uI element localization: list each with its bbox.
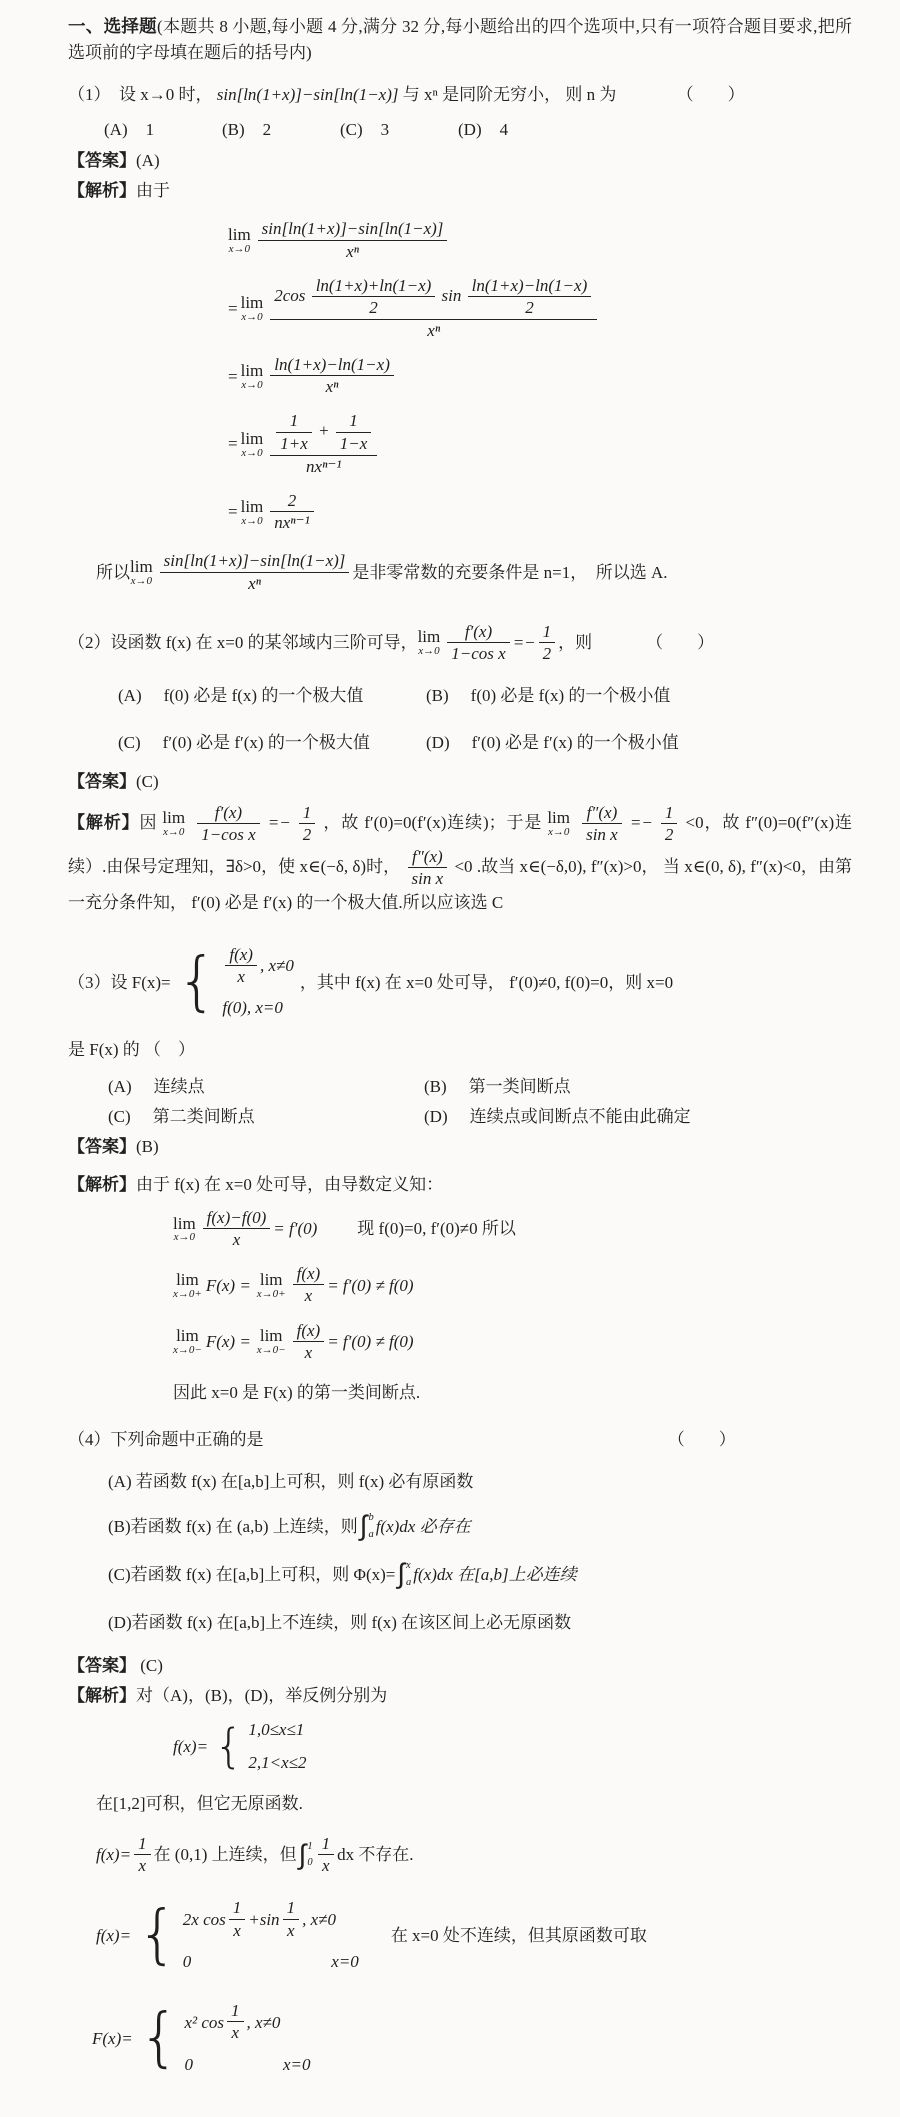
denominator: x [229,1919,246,1942]
denominator: 1−cos x [197,823,259,846]
limit-word: lim [173,1327,202,1345]
numerator: 1 [318,1833,335,1854]
piecewise-row: 2,1<x≤2 [248,1750,306,1776]
condition: , x≠0 [260,953,294,979]
denominator: 2 [312,296,436,319]
analysis-tag: 【解析】 [68,1175,136,1194]
q1-stem: （1） 设 x→0 时， sin[ln(1+x)]−sin[ln(1−x)] 与… [68,82,852,108]
answer-tag: 【答案】 [68,1137,136,1156]
fraction: f′(x)1−cos x [447,621,509,665]
limit: limx→0 [241,294,264,323]
limit-subscript: x→0+ [257,1289,286,1300]
q2-analysis: 【解析】因 limx→0 f′(x)1−cos x =− 12 ，故 f′(0)… [68,802,852,916]
q4-ce3-note: 在 x=0 处不连续，但其原函数可取 [391,1923,647,1949]
q3-stem-pre: （3）设 F(x)= [68,970,171,996]
derivation-line-2: = limx→0 2cos ln(1+x)+ln(1−x)2 sin ln(1+… [228,275,852,342]
q3-derivation: limx→0 f(x)−f(0)x = f′(0) 现 f(0)=0, f′(0… [173,1207,852,1406]
q1-analysis-line: 【解析】由于 [68,179,852,203]
integral-sign: ∫ [397,1560,405,1588]
fraction: ln(1+x)−ln(1−x)xⁿ [270,354,394,398]
q2-option-d: (D)f′(0) 必是 f′(x) 的一个极小值 [426,730,852,756]
condition: , x≠0 [302,1907,336,1933]
term: 2x cos [183,1907,226,1933]
q4-option-b-post: f(x)dx 必存在 [376,1514,471,1540]
fraction: 1x [229,1897,246,1941]
function-name: F(x)= [92,2026,133,2052]
limit-word: lim [257,1327,286,1345]
fraction: sin[ln(1+x)]−sin[ln(1−x)]xⁿ [160,550,350,594]
option-value: f(0) 必是 f(x) 的一个极小值 [471,686,671,705]
fraction: 11−x [336,410,372,454]
denominator: xⁿ [270,375,394,398]
option-label: (B) [426,686,449,705]
piecewise-row: 0 x=0 [183,1949,359,1975]
numerator: f′(x) [447,621,509,642]
limit-subscript: x→0 [130,576,153,587]
q3-stem: （3）设 F(x)= { f(x)x , x≠0 f(0), x=0 ，其中 f… [68,944,852,1021]
q3-stem-post: ，其中 f(x) 在 x=0 处可导， f′(0)≠0, f(0)=0，则 x=… [300,970,673,996]
numerator: f(x) [293,1263,325,1284]
q3-stem-line2: 是 F(x) 的 （ ） [68,1037,852,1063]
limit-word: lim [162,809,185,827]
option-label: (D) [424,1107,448,1126]
function-expression: F(x) = [206,1273,251,1299]
piecewise-row: f(0), x=0 [222,995,293,1021]
piecewise-rows: 1,0≤x≤1 2,1<x≤2 [248,1717,306,1775]
denominator: 1+x [276,432,312,455]
q3-m1-note: 现 f(0)=0, f′(0)≠0 所以 [357,1216,516,1242]
q1-option-d: (D)4 [458,117,576,143]
piecewise-row: 0 x=0 [184,2052,310,2078]
option-label: (B) [424,1077,447,1096]
q1-stem-math: sin[ln(1+x)]−sin[ln(1−x)] [217,85,399,104]
integral: ∫xa [397,1558,411,1590]
piecewise-rows: f(x)x , x≠0 f(0), x=0 [222,944,293,1021]
condition: x=0 [283,2052,311,2078]
answer-tag: 【答案】 [68,1656,136,1675]
piecewise-definition: { 1,0≤x≤1 2,1<x≤2 [214,1717,306,1775]
numerator: f″(x) [582,802,622,823]
equals-sign: = [228,431,238,457]
numerator: 2 [270,490,313,511]
denominator: xⁿ [258,240,448,263]
q1-option-a: (A)1 [104,117,222,143]
integral-limits: xa [406,1558,411,1590]
integral-sign: ∫ [360,1512,368,1540]
numerator: ln(1+x)−ln(1−x) [468,275,592,296]
fraction: ln(1+x)−ln(1−x)2 [468,275,592,319]
integral-lower: a [406,1575,411,1591]
q4-option-a: (A) 若函数 f(x) 在[a,b]上可积，则 f(x) 必有原函数 [108,1469,852,1495]
fraction: 1x [134,1833,151,1877]
q1-answer-line: 【答案】(A) [68,149,852,173]
value: 0 [183,1949,192,1975]
plus-sign: + [318,422,329,441]
q4-answer-value: (C) [140,1656,163,1675]
limit-subscript: x→0 [241,516,264,527]
equals-sign: = [228,499,238,525]
denominator: 1−cos x [447,642,509,665]
denominator: nxⁿ⁻¹ [270,455,377,478]
numerator: f′(x) [197,802,259,823]
q1-option-c: (C)3 [340,117,458,143]
limit-subscript: x→0 [241,380,264,391]
q4-option-c: (C)若函数 f(x) 在[a,b]上可积，则 Φ(x)= ∫xa f(x)dx… [108,1558,852,1590]
q4-counterexample-4: F(x)= { x² cos 1x , x≠0 0 x=0 [92,2000,852,2077]
limit-word: lim [130,558,153,576]
numerator: 1 [336,410,372,431]
q4-counterexample-1-note: 在[1,2]可积，但它无原函数. [96,1791,852,1817]
option-label: (A) [104,120,128,139]
limit-subscript: x→0 [241,312,264,323]
denominator: 2 [539,642,556,665]
denominator: sin x [408,867,448,890]
coefficient: 2cos [274,286,305,305]
fraction: 12 [661,802,678,846]
brace-icon: { [139,2008,180,2069]
function-name: f(x)= [96,1923,131,1949]
fraction: 2cos ln(1+x)+ln(1−x)2 sin ln(1+x)−ln(1−x… [270,275,597,342]
q2-analysis-s3: ，故 f′(0)=0(f′(x)连续)；于是 [323,813,542,832]
numerator: 1 [227,2000,244,2021]
section-heading-title: 一、选择题 [68,17,157,37]
fraction: 12 [299,802,316,846]
q1-analysis-intro: 由于 [136,181,170,200]
option-label: (C) [340,120,363,139]
derivation-line-1: limx→0 sin[ln(1+x)]−sin[ln(1−x)]xⁿ [228,218,852,262]
q2-stem-pre: （2）设函数 f(x) 在 x=0 的某邻域内三阶可导， [68,630,418,656]
value: 0 [184,2052,193,2078]
integral: ∫10 [299,1839,313,1871]
condition: , x≠0 [247,2010,281,2036]
q4-option-b-pre: (B)若函数 f(x) 在 (a,b) 上连续，则 [108,1514,358,1540]
numerator: 1 [276,410,312,431]
numerator: ln(1+x)+ln(1−x) [312,275,436,296]
fraction: 1x [318,1833,335,1877]
operator: sin [442,286,462,305]
numerator: 2cos ln(1+x)+ln(1−x)2 sin ln(1+x)−ln(1−x… [270,275,597,319]
numerator: f(x)−f(0) [203,1207,271,1228]
brace-icon: { [177,952,218,1013]
q1-conclusion-pre: 所以 [96,560,130,586]
analysis-tag: 【解析】 [68,813,139,832]
q4-ce2-text: 在 (0,1) 上连续，但 [154,1842,297,1868]
q3-option-b: (B)第一类间断点 [424,1074,852,1100]
limit: limx→0 [547,809,570,838]
denominator: nxⁿ⁻¹ [270,511,313,534]
option-value: 4 [500,120,509,139]
numerator: ln(1+x)−ln(1−x) [270,354,394,375]
denominator: x [293,1341,325,1364]
limit-word: lim [173,1271,202,1289]
analysis-tag: 【解析】 [68,1686,136,1705]
numerator: 1 [283,1897,300,1918]
integral: ∫ba [360,1510,374,1542]
limit-subscript: x→0 [173,1232,196,1243]
numerator: f(x) [293,1320,325,1341]
denominator: x [134,1854,151,1877]
analysis-tag: 【解析】 [68,181,136,200]
q2-answer-value: (C) [136,772,159,791]
limit-word: lim [241,430,264,448]
q2-answer-brackets: （ ） [646,630,714,656]
option-label: (D) [458,120,482,139]
limit-subscript: x→0 [228,244,251,255]
limit: limx→0 [130,558,153,587]
q1-derivation: limx→0 sin[ln(1+x)]−sin[ln(1−x)]xⁿ = lim… [228,218,852,534]
integral-lower: a [368,1527,373,1543]
q2-stem-post: ，则 [558,630,592,656]
limit-subscript: x→0 [547,827,570,838]
limit: limx→0 [228,226,251,255]
option-label: (A) [108,1077,132,1096]
denominator: 2 [661,823,678,846]
equation-result: = f′(0) [273,1216,317,1242]
term: x² cos [184,2010,224,2036]
piecewise-definition: { f(x)x , x≠0 f(0), x=0 [177,944,294,1021]
equation-result: = f′(0) ≠ f(0) [327,1329,413,1355]
option-label: (B) [222,120,245,139]
function-expression: F(x) = [206,1329,251,1355]
q1-conclusion-post: 是非零常数的充要条件是 n=1， 所以选 A. [352,560,667,586]
piecewise-definition: { x² cos 1x , x≠0 0 x=0 [139,2000,311,2077]
piecewise-row: x² cos 1x , x≠0 [184,2000,310,2044]
numerator: sin[ln(1+x)]−sin[ln(1−x)] [160,550,350,571]
numerator: 1 [299,802,316,823]
numerator: f″(x) [408,846,448,867]
denominator: x [225,965,257,988]
fraction: f(x)x [225,944,257,988]
term: +sin [248,1907,279,1933]
limit-word: lim [241,498,264,516]
q4-counterexample-2: f(x)= 1x 在 (0,1) 上连续，但 ∫10 1x dx 不存在. [96,1833,852,1877]
function-name: f(x)= [96,1842,131,1868]
denominator: x [227,2021,244,2044]
q4-ce2-tail: dx 不存在. [337,1842,414,1868]
q4-counterexample-3: f(x)= { 2x cos 1x +sin 1x , x≠0 0 x=0 在 … [96,1897,852,1974]
fraction: 11+x + 11−x nxⁿ⁻¹ [270,410,377,477]
q3-math-line-3: limx→0− F(x) = limx→0− f(x)x = f′(0) ≠ f… [173,1320,852,1364]
derivation-line-3: = limx→0 ln(1+x)−ln(1−x)xⁿ [228,354,852,398]
limit: limx→0+ [257,1271,286,1300]
option-value: 第二类间断点 [153,1107,255,1126]
exam-paper: 一、选择题(本题共 8 小题,每小题 4 分,满分 32 分,每小题给出的四个选… [0,0,900,2117]
denominator: x [293,1284,325,1307]
q3-option-d: (D)连续点或间断点不能由此确定 [424,1104,852,1130]
condition: x=0 [331,1949,359,1975]
section-heading-desc: (本题共 8 小题,每小题 4 分,满分 32 分,每小题给出的四个选项中,只有… [68,17,852,62]
q3-math-line-2: limx→0+ F(x) = limx→0+ f(x)x = f′(0) ≠ f… [173,1263,852,1307]
limit-subscript: x→0 [241,448,264,459]
fraction: f(x)−f(0)x [203,1207,271,1251]
brace-icon: { [137,1905,178,1966]
equals-minus: =− [268,813,291,832]
limit: limx→0 [241,430,264,459]
q4-counterexample-1: f(x)= { 1,0≤x≤1 2,1<x≤2 [173,1717,852,1775]
limit-word: lim [173,1215,196,1233]
denominator: x [203,1228,271,1251]
integral-limits: ba [368,1510,373,1542]
limit: limx→0+ [173,1271,202,1300]
limit: limx→0 [241,362,264,391]
option-value: f(0) 必是 f(x) 的一个极大值 [164,686,364,705]
fraction: 2nxⁿ⁻¹ [270,490,313,534]
option-value: 3 [381,120,390,139]
limit: limx→0 [162,809,185,838]
piecewise-rows: 2x cos 1x +sin 1x , x≠0 0 x=0 [183,1897,359,1974]
option-label: (C) [108,1107,131,1126]
piecewise-row: 2x cos 1x +sin 1x , x≠0 [183,1897,359,1941]
q4-analysis-intro: 对（A)，(B)，(D)，举反例分别为 [136,1686,387,1705]
numerator: 11+x + 11−x [270,410,377,454]
limit: limx→0− [173,1327,202,1356]
option-label: (C) [118,733,141,752]
piecewise-row: 1,0≤x≤1 [248,1717,306,1743]
limit-word: lim [257,1271,286,1289]
q2-stem: （2）设函数 f(x) 在 x=0 的某邻域内三阶可导， limx→0 f′(x… [68,621,852,665]
denominator: x [318,1854,335,1877]
limit-subscript: x→0 [418,646,441,657]
numerator: 1 [539,621,556,642]
fraction: 11+x [276,410,312,454]
denominator: sin x [582,823,622,846]
fraction: 1x [283,1897,300,1941]
piecewise-definition: { 2x cos 1x +sin 1x , x≠0 0 x=0 [137,1897,359,1974]
numerator: 1 [134,1833,151,1854]
integral-limits: 10 [307,1839,312,1871]
q3-analysis-line: 【解析】由于 f(x) 在 x=0 处可导，由导数定义知： [68,1173,852,1197]
option-value: f′(0) 必是 f′(x) 的一个极小值 [472,733,679,752]
q4-stem-text: （4）下列命题中正确的是 [68,1430,264,1449]
numerator: f(x) [225,944,257,965]
q1-options: (A)1 (B)2 (C)3 (D)4 [104,117,852,143]
limit: limx→0 [418,628,441,657]
fraction: 1x [227,2000,244,2044]
q3-option-c: (C)第二类间断点 [108,1104,424,1130]
option-value: 第一类间断点 [469,1077,571,1096]
integral-lower: 0 [307,1855,312,1871]
option-value: 连续点或间断点不能由此确定 [470,1107,691,1126]
option-label: (D) [426,733,450,752]
fraction: f(x)x [293,1320,325,1364]
equals-sign: = [228,296,238,322]
denominator: 2 [299,823,316,846]
integral-upper: b [368,1510,373,1526]
option-label: (A) [118,686,142,705]
limit: limx→0 [173,1215,196,1244]
equation-result: = f′(0) ≠ f(0) [327,1273,413,1299]
q2-option-c: (C)f′(0) 必是 f′(x) 的一个极大值 [118,730,426,756]
q1-answer-value: (A) [136,151,160,170]
limit: limx→0− [257,1327,286,1356]
option-value: f′(0) 必是 f′(x) 的一个极大值 [163,733,370,752]
q1-option-b: (B)2 [222,117,340,143]
q4-answer-brackets: （ ） [668,1430,736,1449]
fraction: sin[ln(1+x)]−sin[ln(1−x)]xⁿ [258,218,448,262]
fraction: ln(1+x)+ln(1−x)2 [312,275,436,319]
fraction: f(x)x [293,1263,325,1307]
fraction: 12 [539,621,556,665]
function-name: f(x)= [173,1734,208,1760]
denominator: x [283,1919,300,1942]
q4-option-d: (D)若函数 f(x) 在[a,b]上不连续，则 f(x) 在该区间上必无原函数 [108,1610,852,1636]
q3-analysis-intro: 由于 f(x) 在 x=0 处可导，由导数定义知： [136,1175,443,1194]
q1-conclusion: 所以 limx→0 sin[ln(1+x)]−sin[ln(1−x)]xⁿ 是非… [96,550,852,594]
q4-answer-line: 【答案】 (C) [68,1654,852,1678]
q1-stem-pre: （1） 设 x→0 时， [68,85,213,104]
q3-option-a: (A)连续点 [108,1074,424,1100]
q4-option-c-pre: (C)若函数 f(x) 在[a,b]上可积，则 Φ(x)= [108,1562,395,1588]
denominator: xⁿ [270,319,597,342]
q3-options: (A)连续点 (B)第一类间断点 (C)第二类间断点 (D)连续点或间断点不能由… [108,1074,852,1129]
q2-option-b: (B)f(0) 必是 f(x) 的一个极小值 [426,683,852,709]
derivation-line-4: = limx→0 11+x + 11−x nxⁿ⁻¹ [228,410,852,477]
piecewise-rows: x² cos 1x , x≠0 0 x=0 [184,2000,310,2077]
limit-word: lim [418,628,441,646]
q4-option-b: (B)若函数 f(x) 在 (a,b) 上连续，则 ∫ba f(x)dx 必存在 [108,1510,852,1542]
denominator: 2 [468,296,592,319]
limit-subscript: x→0+ [173,1289,202,1300]
option-value: 2 [263,120,272,139]
answer-tag: 【答案】 [68,151,136,170]
q4-analysis-line: 【解析】对（A)，(B)，(D)，举反例分别为 [68,1684,852,1708]
option-value: 1 [146,120,155,139]
q2-analysis-s1: 因 [139,813,157,832]
section-heading: 一、选择题(本题共 8 小题,每小题 4 分,满分 32 分,每小题给出的四个选… [68,14,852,66]
q3-answer-value: (B) [136,1137,159,1156]
q2-options: (A)f(0) 必是 f(x) 的一个极大值 (B)f(0) 必是 f(x) 的… [118,683,852,756]
denominator: 1−x [336,432,372,455]
fraction: f″(x)sin x [582,802,622,846]
numerator: sin[ln(1+x)]−sin[ln(1−x)] [258,218,448,239]
numerator: 1 [661,802,678,823]
option-value: 连续点 [154,1077,205,1096]
fraction: f″(x)sin x [408,846,448,890]
q2-answer-line: 【答案】(C) [68,770,852,794]
equals-minus: =− [513,630,536,656]
q4-stem: （4）下列命题中正确的是 （ ） [68,1427,852,1453]
integral-upper: 1 [307,1839,312,1855]
q3-answer-line: 【答案】(B) [68,1135,852,1159]
integral-sign: ∫ [299,1841,307,1869]
limit-word: lim [241,294,264,312]
q1-answer-brackets: （ ） [677,85,745,104]
brace-icon: { [214,1725,243,1769]
q3-math-line-1: limx→0 f(x)−f(0)x = f′(0) 现 f(0)=0, f′(0… [173,1207,852,1251]
equals-sign: = [228,364,238,390]
denominator: xⁿ [160,572,350,595]
q2-option-a: (A)f(0) 必是 f(x) 的一个极大值 [118,683,426,709]
q4-option-c-post: f(x)dx 在[a,b]上必连续 [413,1562,576,1588]
limit-subscript: x→0− [173,1345,202,1356]
answer-tag: 【答案】 [68,772,136,791]
equals-minus: =− [630,813,653,832]
integral-upper: x [406,1558,411,1574]
fraction: f′(x)1−cos x [197,802,259,846]
limit-word: lim [241,362,264,380]
limit: limx→0 [241,498,264,527]
q3-conclusion: 因此 x=0 是 F(x) 的第一类间断点. [173,1380,852,1406]
derivation-line-5: = limx→0 2nxⁿ⁻¹ [228,490,852,534]
numerator: 1 [229,1897,246,1918]
limit-subscript: x→0 [162,827,185,838]
limit-subscript: x→0− [257,1345,286,1356]
limit-word: lim [228,226,251,244]
limit-word: lim [547,809,570,827]
q1-stem-post: 与 xⁿ 是同阶无穷小， 则 n 为 [403,85,617,104]
piecewise-row: f(x)x , x≠0 [222,944,293,988]
